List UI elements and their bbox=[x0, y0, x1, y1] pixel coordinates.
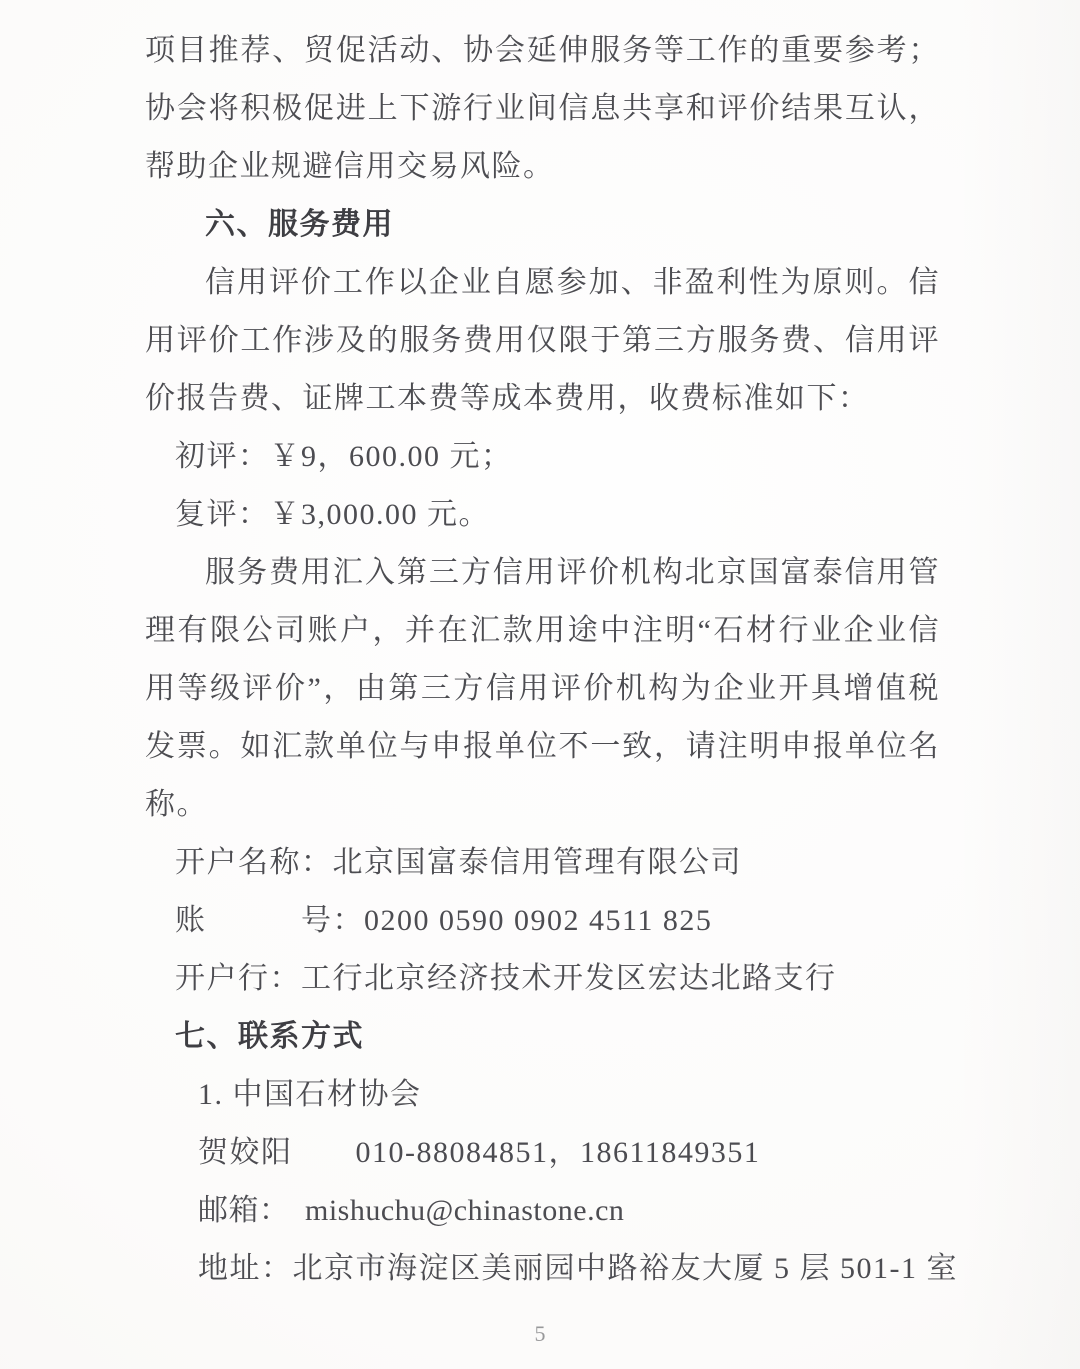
document-page: 项目推荐、贸促活动、协会延伸服务等工作的重要参考；协会将积极促进上下游行业间信息… bbox=[0, 0, 1080, 1369]
contact-person-line: 贺姣阳 010-88084851，18611849351 bbox=[198, 1124, 940, 1182]
section-heading-fees: 六、服务费用 bbox=[205, 196, 940, 254]
contact-address-line: 地址：北京市海淀区美丽园中路裕友大厦 5 层 501-1 室 bbox=[198, 1240, 940, 1298]
remittance-paragraph: 服务费用汇入第三方信用评价机构北京国富泰信用管理有限公司账户，并在汇款用途中注明… bbox=[145, 544, 940, 834]
contact-email-line: 邮箱： mishuchu@chinastone.cn bbox=[198, 1182, 940, 1240]
contact-org-line: 1. 中国石材协会 bbox=[198, 1066, 940, 1124]
section-heading-contacts: 七、联系方式 bbox=[175, 1008, 940, 1066]
fee-reevaluation-line: 复评：￥3,000.00 元。 bbox=[175, 486, 940, 544]
bank-branch-line: 开户行：工行北京经济技术开发区宏达北路支行 bbox=[175, 950, 940, 1008]
document-content: 项目推荐、贸促活动、协会延伸服务等工作的重要参考；协会将积极促进上下游行业间信息… bbox=[145, 22, 940, 1298]
fees-intro-paragraph: 信用评价工作以企业自愿参加、非盈利性为原则。信用评价工作涉及的服务费用仅限于第三… bbox=[145, 254, 940, 428]
fee-initial-line: 初评：￥9，600.00 元； bbox=[175, 428, 940, 486]
account-name-line: 开户名称：北京国富泰信用管理有限公司 bbox=[175, 834, 940, 892]
page-number: 5 bbox=[0, 1321, 1080, 1347]
continuation-paragraph: 项目推荐、贸促活动、协会延伸服务等工作的重要参考；协会将积极促进上下游行业间信息… bbox=[145, 22, 940, 196]
account-number-line: 账 号：0200 0590 0902 4511 825 bbox=[175, 892, 940, 950]
